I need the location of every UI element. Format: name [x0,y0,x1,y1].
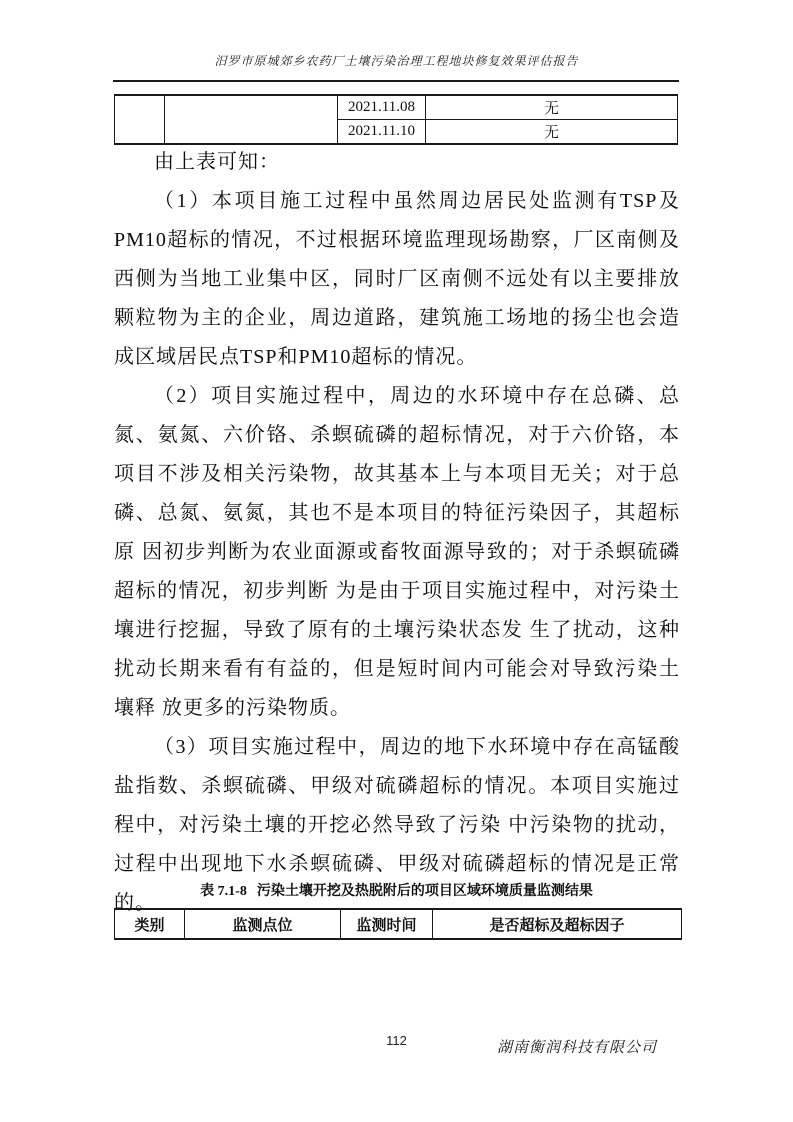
header-rule [113,80,679,82]
header-cell-monitor-point: 监测点位 [185,909,341,939]
exceedance-cell: 无 [426,95,678,120]
exceedance-cell: 无 [426,120,678,145]
company-name: 湖南衡润科技有限公司 [497,1036,657,1057]
running-header-title: 汨罗市原城郊乡农药厂土壤污染治理工程地块修复效果评估报告 [0,52,793,69]
table-row: 2021.11.08 无 [115,95,678,120]
header-cell-exceedance: 是否超标及超标因子 [433,909,682,939]
category-spacer-cell [115,95,165,144]
report-page: 汨罗市原城郊乡农药厂土壤污染治理工程地块修复效果评估报告 2021.11.08 … [0,0,793,1122]
table-header-row: 类别 监测点位 监测时间 是否超标及超标因子 [115,909,682,939]
table-caption-title: 污染土壤开挖及热脱附后的项目区域环境质量监测结果 [257,884,593,899]
paragraph-1: （1）本项目施工过程中虽然周边居民处监测有TSP及PM10超标的情况，不过根据环… [114,182,680,377]
lead-line: 由上表可知： [114,143,680,182]
point-spacer-cell [165,95,338,144]
table-caption: 表 7.1-8污染土壤开挖及热脱附后的项目区域环境质量监测结果 [0,880,793,900]
table-caption-label: 表 7.1-8 [200,884,247,899]
monitoring-table: 类别 监测点位 监测时间 是否超标及超标因子 [114,908,682,940]
body-text: 由上表可知： （1）本项目施工过程中虽然周边居民处监测有TSP及PM10超标的情… [114,143,680,923]
page-number: 112 [0,1033,793,1048]
previous-table-continuation: 2021.11.08 无 2021.11.10 无 [114,94,678,145]
header-cell-monitor-time: 监测时间 [341,909,433,939]
header-cell-category: 类别 [115,909,185,939]
paragraph-2: （2）项目实施过程中，周边的水环境中存在总磷、总氮、氨氮、六价铬、杀螟硫磷的超标… [114,377,680,728]
monitor-date-cell: 2021.11.10 [338,120,426,145]
monitor-date-cell: 2021.11.08 [338,95,426,120]
